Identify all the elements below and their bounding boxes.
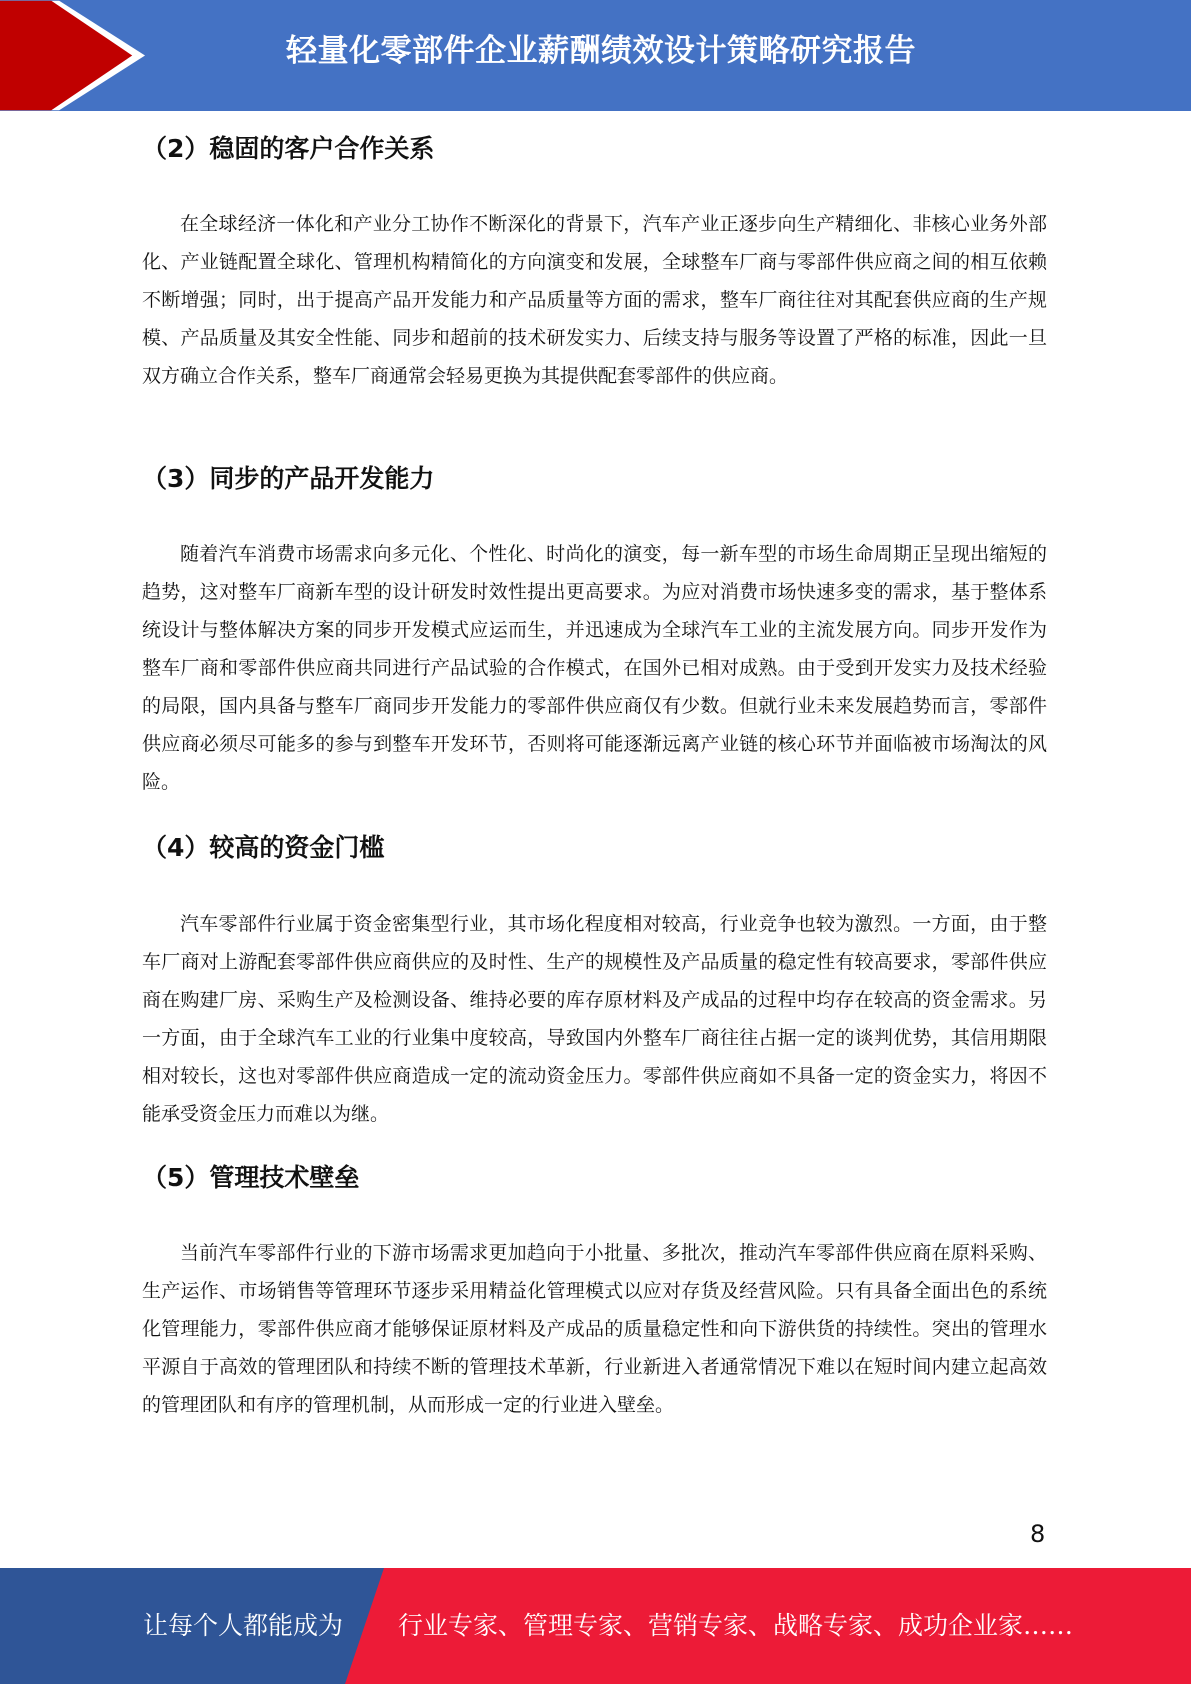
report-title: 轻量化零部件企业薪酬绩效设计策略研究报告	[286, 26, 916, 76]
header-arrow-decoration	[0, 0, 148, 111]
section-body-management-barrier: 当前汽车零部件行业的下游市场需求更加趋向于小批量、多批次，推动汽车零部件供应商在…	[142, 1234, 1047, 1424]
footer-slogan-left: 让每个人都能成为	[143, 1608, 343, 1644]
page-footer: 让每个人都能成为 行业专家、管理专家、营销专家、战略专家、成功企业家……	[0, 1568, 1191, 1684]
section-heading-product-development: （3）同步的产品开发能力	[142, 463, 434, 495]
section-heading-customer-relations: （2）稳固的客户合作关系	[142, 133, 434, 165]
section-body-capital-threshold: 汽车零部件行业属于资金密集型行业，其市场化程度相对较高，行业竞争也较为激烈。一方…	[142, 905, 1047, 1133]
section-heading-management-barrier: （5）管理技术壁垒	[142, 1162, 359, 1194]
section-heading-capital-threshold: （4）较高的资金门槛	[142, 832, 384, 864]
page-number: 8	[1030, 1520, 1045, 1548]
footer-slogan-right: 行业专家、管理专家、营销专家、战略专家、成功企业家……	[398, 1608, 1073, 1644]
section-body-customer-relations: 在全球经济一体化和产业分工协作不断深化的背景下，汽车产业正逐步向生产精细化、非核…	[142, 205, 1047, 395]
page-header: 轻量化零部件企业薪酬绩效设计策略研究报告	[0, 0, 1191, 111]
section-body-product-development: 随着汽车消费市场需求向多元化、个性化、时尚化的演变，每一新车型的市场生命周期正呈…	[142, 535, 1047, 801]
